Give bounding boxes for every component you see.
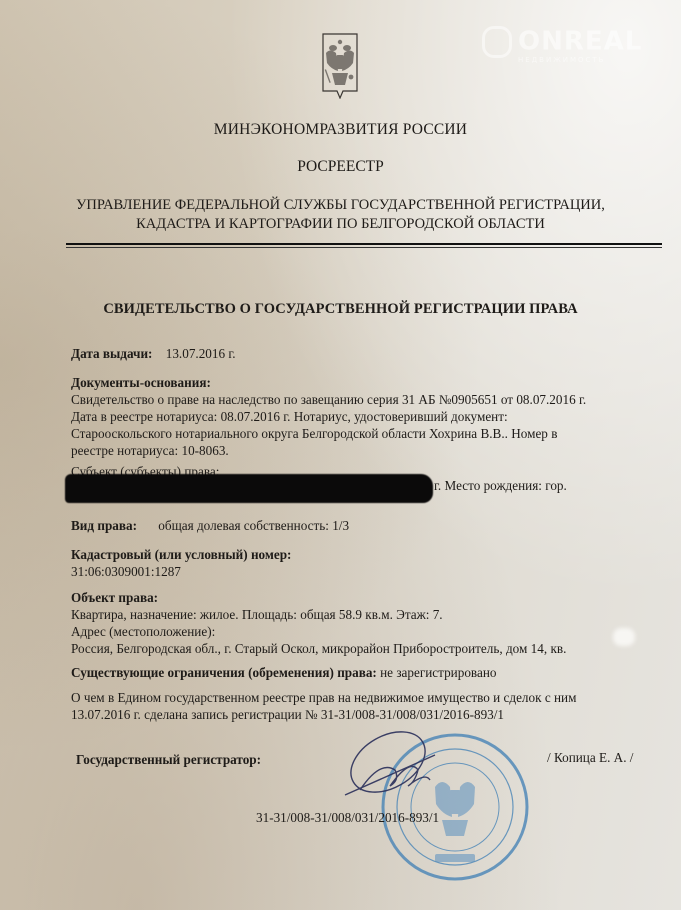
object-description: Квартира, назначение: жилое. Площадь: об… (71, 606, 566, 623)
redacted-apartment-number (613, 628, 635, 646)
cadastral-label: Кадастровый (или условный) номер: (71, 546, 291, 563)
house-icon (482, 26, 512, 58)
coat-of-arms-icon (322, 33, 358, 99)
document-title: СВИДЕТЕЛЬСТВО О ГОСУДАРСТВЕННОЙ РЕГИСТРА… (0, 301, 681, 318)
registry-record: О чем в Едином государственном реестре п… (71, 689, 576, 723)
issue-date-label: Дата выдачи: (71, 346, 152, 361)
subjects-value: г. Место рождения: гор. (434, 477, 567, 494)
department-line-1: УПРАВЛЕНИЕ ФЕДЕРАЛЬНОЙ СЛУЖБЫ ГОСУДАРСТВ… (0, 196, 681, 215)
registrar-name: / Копица Е. А. / (547, 749, 633, 766)
signature (340, 720, 450, 810)
issue-date: Дата выдачи: 13.07.2016 г. (71, 345, 236, 362)
record-line-2: 13.07.2016 г. сделана запись регистрации… (71, 706, 576, 723)
redacted-owner-name (65, 474, 433, 503)
encumbrances-label: Существующие ограничения (обременения) п… (71, 665, 377, 680)
basis-documents-label: Документы-основания: (71, 374, 586, 391)
ministry-name: МИНЭКОНОМРАЗВИТИЯ РОССИИ (0, 121, 681, 139)
right-type-label: Вид права: (71, 518, 137, 533)
watermark-text: ONREAL (518, 27, 642, 57)
record-line-1: О чем в Едином государственном реестре п… (71, 689, 576, 706)
registrar-label: Государственный регистратор: (76, 751, 261, 768)
cadastral-number: Кадастровый (или условный) номер: 31:06:… (71, 546, 291, 580)
department-name: УПРАВЛЕНИЕ ФЕДЕРАЛЬНОЙ СЛУЖБЫ ГОСУДАРСТВ… (0, 196, 681, 234)
address-label: Адрес (местоположение): (71, 623, 566, 640)
object: Объект права: Квартира, назначение: жило… (71, 589, 566, 657)
address-value: Россия, Белгородская обл., г. Старый Оск… (71, 640, 566, 657)
right-type: Вид права: общая долевая собственность: … (71, 517, 349, 534)
encumbrances-value: не зарегистрировано (380, 665, 496, 680)
basis-line: реестре нотариуса: 10-8063. (71, 442, 586, 459)
object-label: Объект права: (71, 589, 566, 606)
watermark: ONREAL НЕДВИЖИМОСТЬ (482, 26, 642, 64)
header-divider (66, 243, 662, 248)
issue-date-value: 13.07.2016 г. (166, 346, 236, 361)
encumbrances: Существующие ограничения (обременения) п… (71, 664, 496, 681)
right-type-value: общая долевая собственность: 1/3 (158, 518, 349, 533)
cadastral-value: 31:06:0309001:1287 (71, 563, 291, 580)
footer-registration-number: 31-31/008-31/008/031/2016-893/1 (256, 809, 439, 826)
basis-line: Старооскольского нотариального округа Бе… (71, 425, 586, 442)
department-line-2: КАДАСТРА И КАРТОГРАФИИ ПО БЕЛГОРОДСКОЙ О… (0, 215, 681, 234)
basis-line: Дата в реестре нотариуса: 08.07.2016 г. … (71, 408, 586, 425)
basis-line: Свидетельство о праве на наследство по з… (71, 391, 586, 408)
basis-documents: Документы-основания: Свидетельство о пра… (71, 374, 586, 459)
watermark-logo: ONREAL (482, 26, 642, 58)
agency-name: РОСРЕЕСТР (0, 158, 681, 176)
